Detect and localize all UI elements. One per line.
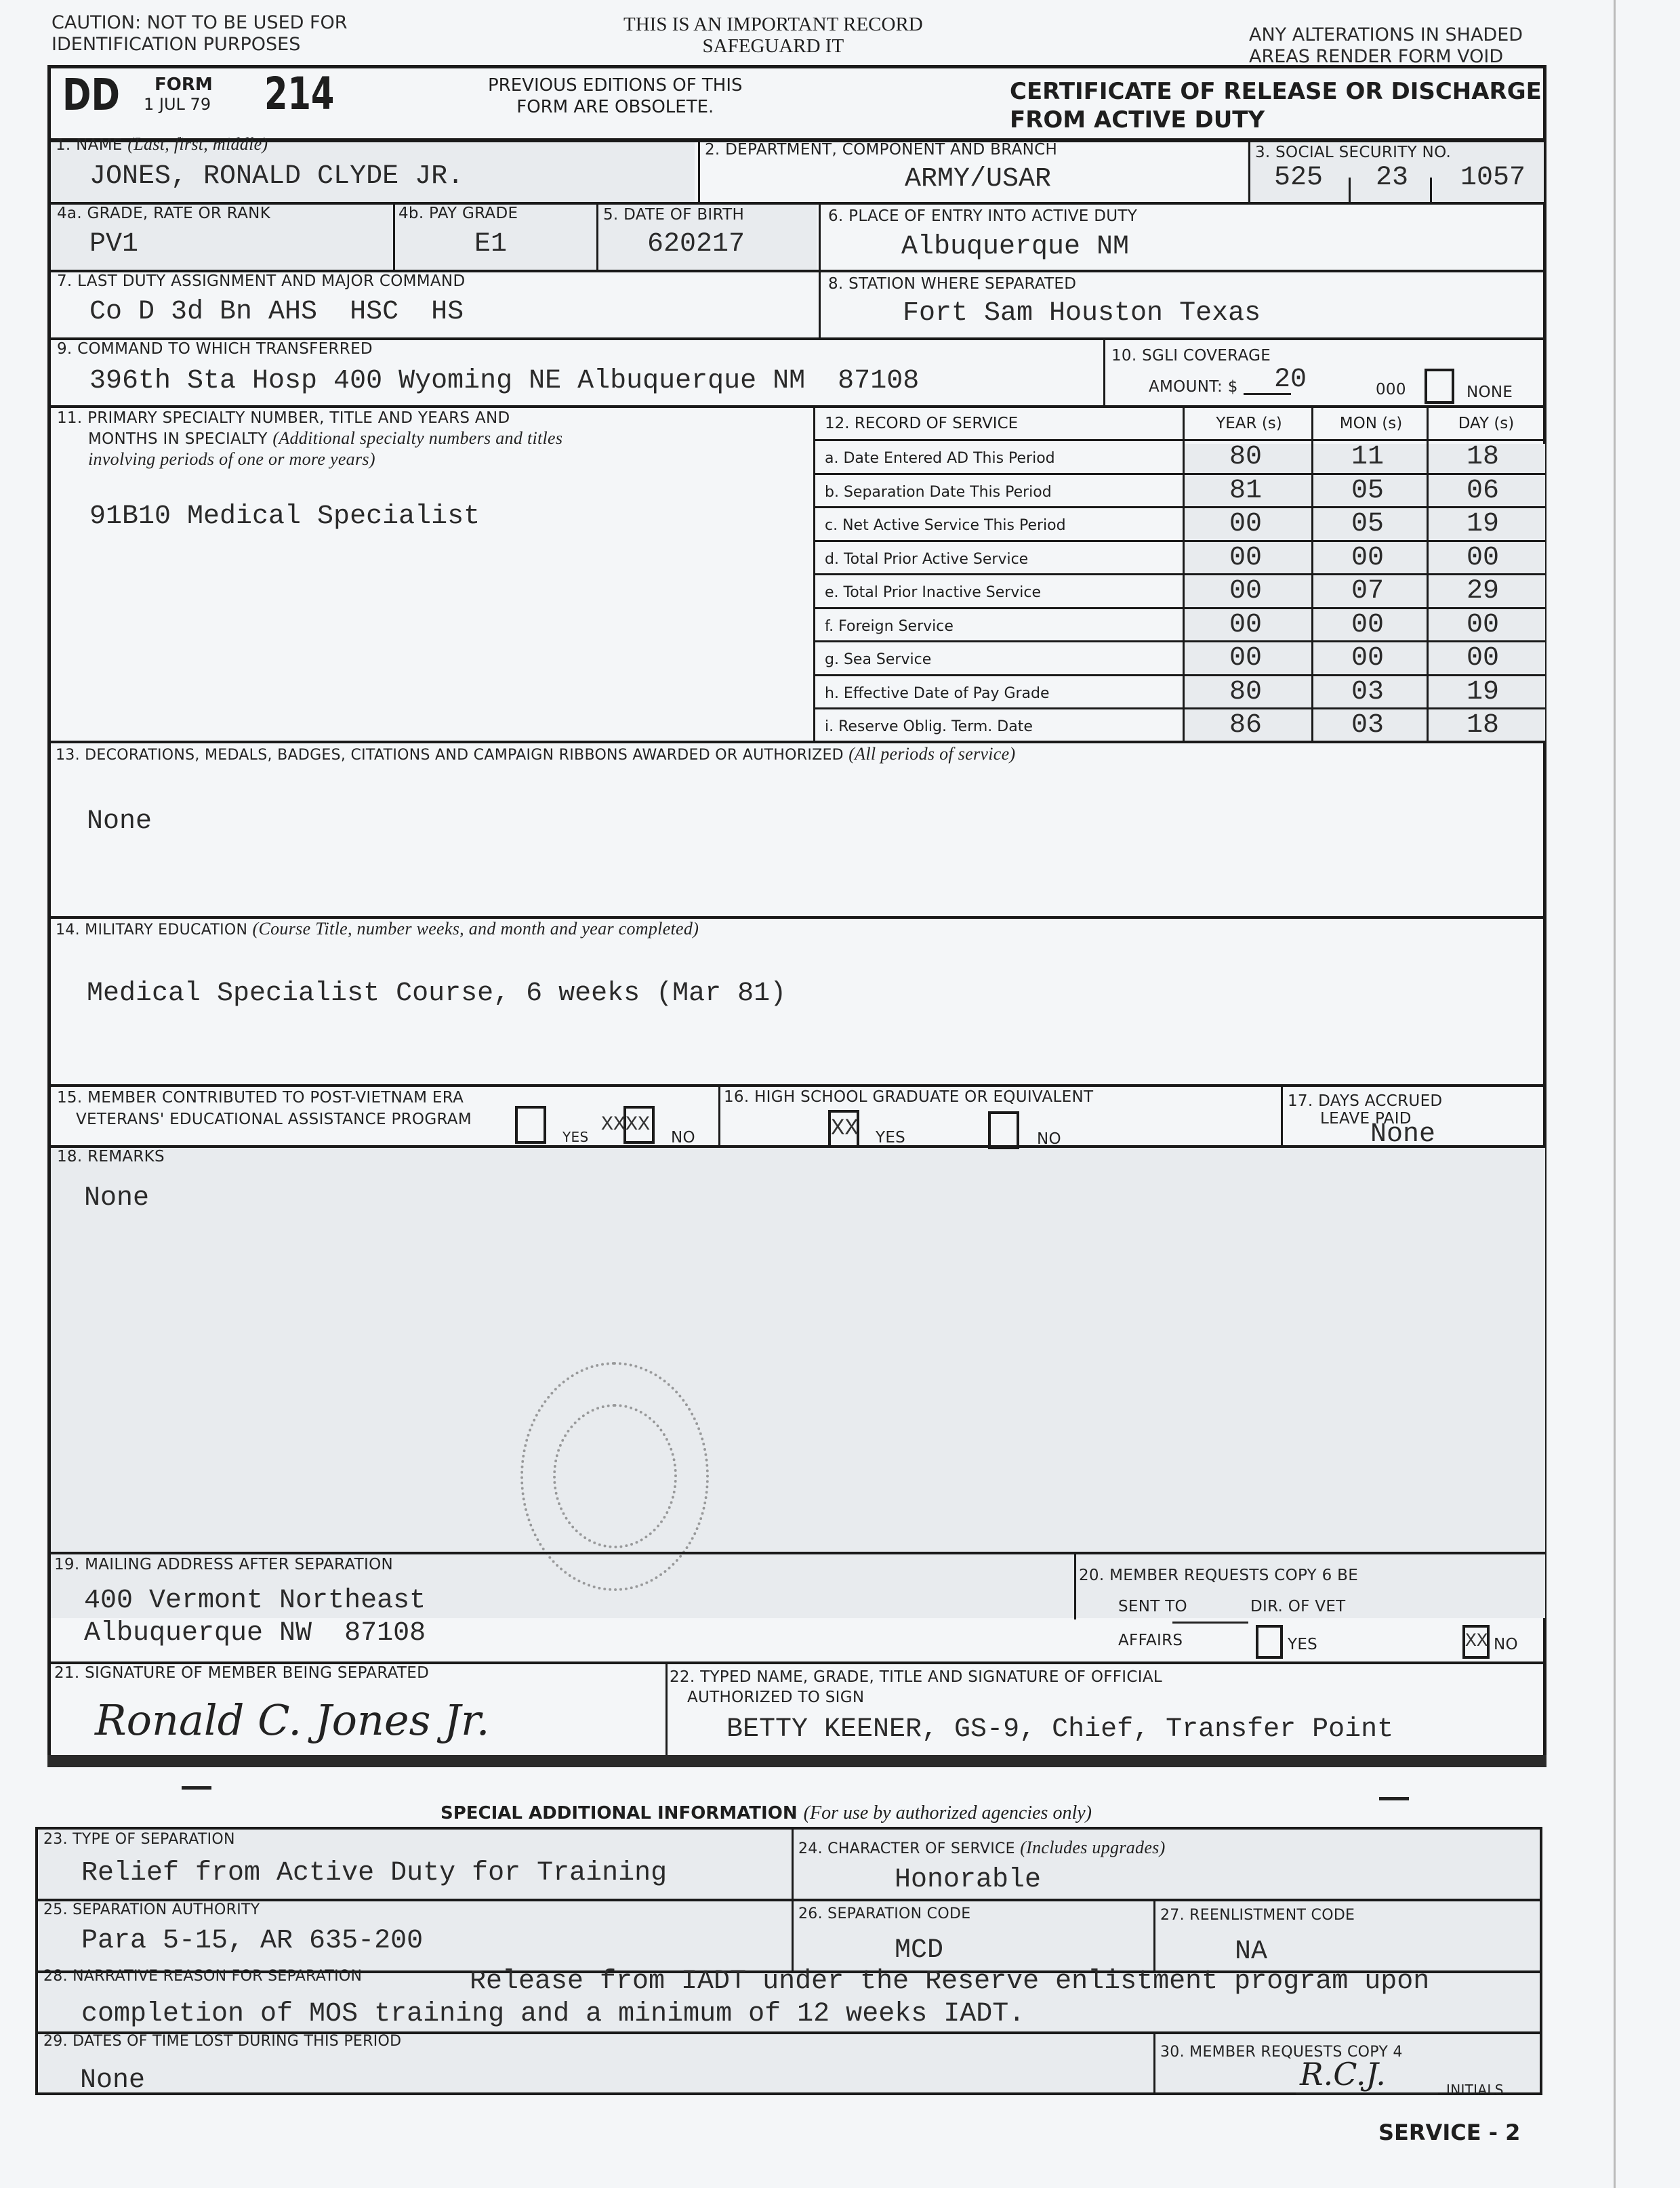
- cell-mon: 00: [1313, 610, 1422, 640]
- f11-label-line-2: MONTHS IN SPECIALTY: [88, 430, 268, 448]
- f24-label: 24. CHARACTER OF SERVICE (Includes upgra…: [798, 1838, 1166, 1858]
- fold-mark: [1379, 1797, 1409, 1800]
- important-line-2: SAFEGUARD IT: [623, 35, 923, 57]
- row-label: d. Total Prior Active Service: [825, 551, 1028, 568]
- col-year-header: YEAR (s): [1185, 415, 1313, 432]
- f24-label-text: 24. CHARACTER OF SERVICE: [798, 1840, 1015, 1857]
- cell-mon: 00: [1313, 643, 1422, 674]
- cell-mon: 05: [1313, 476, 1422, 506]
- record-of-service-table: 12. RECORD OF SERVICE YEAR (s) MON (s) D…: [815, 407, 1545, 742]
- f13-label: 13. DECORATIONS, MEDALS, BADGES, CITATIO…: [56, 744, 1015, 764]
- f14-label-text: 14. MILITARY EDUCATION: [56, 922, 247, 938]
- official-seal-stamp-icon: [520, 1362, 709, 1591]
- divider: [1103, 339, 1105, 405]
- ssn-part-1: 525: [1274, 163, 1323, 193]
- cell-day: 00: [1429, 610, 1537, 640]
- dd-label: DD: [62, 70, 120, 121]
- divider: [1430, 178, 1432, 202]
- mailing-address-line-2: Albuquerque NW 87108: [84, 1618, 426, 1649]
- table-row: a. Date Entered AD This Period801118: [815, 440, 1545, 474]
- f24-hint: (Includes upgrades): [1020, 1838, 1165, 1857]
- f18-label: 18. REMARKS: [57, 1148, 165, 1165]
- f13-label-text: 13. DECORATIONS, MEDALS, BADGES, CITATIO…: [56, 747, 844, 764]
- character-of-service-value: Honorable: [895, 1865, 1041, 1895]
- f20-yes-label: YES: [1288, 1636, 1317, 1653]
- member-initials: R.C.J.: [1300, 2056, 1386, 2092]
- row-label: i. Reserve Oblig. Term. Date: [825, 718, 1033, 735]
- narrative-reason-line-2: completion of MOS training and a minimum…: [81, 1999, 1025, 2029]
- divider: [698, 140, 700, 202]
- f20-label: 20. MEMBER REQUESTS COPY 6 BE: [1079, 1567, 1358, 1584]
- cell-year: 00: [1185, 509, 1307, 539]
- cell-year: 80: [1185, 442, 1307, 472]
- official-name-value: BETTY KEENER, GS-9, Chief, Transfer Poin…: [726, 1714, 1393, 1745]
- f5-label: 5. DATE OF BIRTH: [603, 206, 744, 224]
- f11-label: 11. PRIMARY SPECIALTY NUMBER, TITLE AND …: [57, 408, 562, 470]
- f6-label: 6. PLACE OF ENTRY INTO ACTIVE DUTY: [828, 207, 1137, 225]
- f14-label: 14. MILITARY EDUCATION (Course Title, nu…: [56, 919, 699, 939]
- member-signature: Ronald C. Jones Jr.: [95, 1695, 490, 1745]
- sgli-amount-suffix: 000: [1376, 381, 1406, 398]
- f16-no-checkbox[interactable]: [988, 1111, 1019, 1149]
- cell-year: 80: [1185, 677, 1307, 707]
- table-row: e. Total Prior Inactive Service000729: [815, 575, 1545, 608]
- caution-notice: CAUTION: NOT TO BE USED FOR IDENTIFICATI…: [52, 12, 348, 56]
- cell-mon: 03: [1313, 677, 1422, 707]
- form-title-line-1: CERTIFICATE OF RELEASE OR DISCHARGE: [1010, 77, 1542, 106]
- separation-authority-value: Para 5-15, AR 635-200: [81, 1926, 423, 1956]
- table-row: d. Total Prior Active Service000000: [815, 541, 1545, 575]
- cell-day: 29: [1429, 576, 1537, 606]
- cell-mon: 07: [1313, 576, 1422, 606]
- narrative-reason-line-1: Release from IADT under the Reserve enli…: [470, 1966, 1429, 1997]
- f22-label-line-1: 22. TYPED NAME, GRADE, TITLE AND SIGNATU…: [670, 1667, 1162, 1687]
- cell-day: 00: [1429, 643, 1537, 674]
- ssn-part-2: 23: [1376, 163, 1408, 193]
- initials-underline: [1296, 2092, 1438, 2094]
- f13-hint: (All periods of service): [848, 744, 1015, 764]
- f8-label: 8. STATION WHERE SEPARATED: [828, 275, 1076, 293]
- f1-hint: (Last, first, middle): [127, 134, 268, 154]
- f15-no-label: NO: [671, 1129, 695, 1147]
- f20-sent-to-label: SENT TO: [1118, 1598, 1187, 1615]
- f10-label: 10. SGLI COVERAGE: [1111, 347, 1271, 365]
- military-education-value: Medical Specialist Course, 6 weeks (Mar …: [87, 978, 786, 1009]
- f12-label: 12. RECORD OF SERVICE: [825, 415, 1018, 432]
- f27-label: 27. REENLISTMENT CODE: [1160, 1907, 1355, 1924]
- cell-year: 86: [1185, 710, 1307, 741]
- cell-mon: 03: [1313, 710, 1422, 741]
- cell-day: 00: [1429, 543, 1537, 573]
- divider: [1349, 178, 1351, 202]
- f15-label-line-2: VETERANS' EDUCATIONAL ASSISTANCE PROGRAM: [57, 1109, 472, 1130]
- f16-label: 16. HIGH SCHOOL GRADUATE OR EQUIVALENT: [724, 1088, 1093, 1106]
- cell-day: 18: [1429, 442, 1537, 472]
- f3-label: 3. SOCIAL SECURITY NO.: [1255, 144, 1451, 161]
- f15-yes-checkbox[interactable]: [515, 1106, 546, 1144]
- divider: [1248, 140, 1250, 202]
- f16-yes-checkbox[interactable]: XX: [828, 1110, 859, 1148]
- cell-mon: 00: [1313, 543, 1422, 573]
- cell-year: 00: [1185, 643, 1307, 674]
- cell-mon: 05: [1313, 509, 1422, 539]
- row-label: e. Total Prior Inactive Service: [825, 584, 1041, 601]
- form-title-line-2: FROM ACTIVE DUTY: [1010, 106, 1542, 134]
- cell-mon: 11: [1313, 442, 1422, 472]
- row-label: a. Date Entered AD This Period: [825, 450, 1055, 467]
- f1-label-text: 1. NAME: [56, 136, 123, 154]
- row-label: f. Foreign Service: [825, 618, 954, 635]
- divider: [47, 741, 1546, 743]
- f15-no-checkbox[interactable]: XXXX: [623, 1106, 655, 1144]
- row-label: g. Sea Service: [825, 651, 931, 668]
- f15-label-line-1: 15. MEMBER CONTRIBUTED TO POST-VIETNAM E…: [57, 1087, 472, 1109]
- special-title-text: SPECIAL ADDITIONAL INFORMATION: [441, 1803, 798, 1823]
- divider: [47, 1552, 1546, 1554]
- sgli-amount-value: 20: [1274, 365, 1307, 395]
- caution-line-1: CAUTION: NOT TO BE USED FOR: [52, 12, 348, 34]
- f20-no-label: NO: [1494, 1636, 1518, 1653]
- ssn-part-3: 1057: [1460, 163, 1525, 193]
- alterations-notice: ANY ALTERATIONS IN SHADED AREAS RENDER F…: [1249, 24, 1523, 68]
- table-row: f. Foreign Service000000: [815, 608, 1545, 642]
- f20-underline: [1172, 1622, 1248, 1624]
- table-row: c. Net Active Service This Period000519: [815, 508, 1545, 541]
- last-duty-value: Co D 3d Bn AHS HSC HS: [89, 297, 464, 327]
- f9-label: 9. COMMAND TO WHICH TRANSFERRED: [57, 340, 373, 358]
- divider: [47, 202, 1546, 205]
- f26-label: 26. SEPARATION CODE: [798, 1905, 970, 1922]
- f29-label: 29. DATES OF TIME LOST DURING THIS PERIO…: [43, 2033, 401, 2050]
- sgli-none-label: NONE: [1467, 384, 1513, 401]
- f28-label: 28. NARRATIVE REASON FOR SEPARATION: [43, 1968, 362, 1985]
- separation-type-value: Relief from Active Duty for Training: [81, 1858, 667, 1888]
- f22-label-line-2: AUTHORIZED TO SIGN: [670, 1687, 1162, 1708]
- divider: [718, 1086, 720, 1145]
- divider: [1153, 2033, 1155, 2094]
- caution-line-2: IDENTIFICATION PURPOSES: [52, 34, 348, 56]
- special-hint: (For use by authorized agencies only): [804, 1802, 1092, 1823]
- f19-label: 19. MAILING ADDRESS AFTER SEPARATION: [54, 1556, 393, 1573]
- department-value: ARMY/USAR: [905, 164, 1051, 194]
- f11-hint-line-2: (Additional specialty numbers and titles: [272, 428, 562, 448]
- f15-label: 15. MEMBER CONTRIBUTED TO POST-VIETNAM E…: [57, 1087, 472, 1130]
- cell-year: 00: [1185, 610, 1307, 640]
- important-record-notice: THIS IS AN IMPORTANT RECORD SAFEGUARD IT: [623, 14, 923, 57]
- page-edge: [1614, 0, 1616, 2188]
- grade-value: PV1: [89, 229, 138, 260]
- f20-affairs-label: AFFAIRS: [1118, 1632, 1183, 1649]
- cell-day: 18: [1429, 710, 1537, 741]
- divider: [665, 1663, 668, 1758]
- sgli-amount-label: AMOUNT: $: [1149, 378, 1238, 396]
- form-bottom-bar: [47, 1755, 1546, 1767]
- previous-editions-note: PREVIOUS EDITIONS OF THIS FORM ARE OBSOL…: [488, 75, 743, 118]
- f15-yes-label: YES: [562, 1129, 588, 1145]
- f21-label: 21. SIGNATURE OF MEMBER BEING SEPARATED: [54, 1664, 429, 1682]
- special-info-title: SPECIAL ADDITIONAL INFORMATION (For use …: [441, 1802, 1092, 1824]
- initials-label: INITIALS: [1446, 2082, 1504, 2098]
- copy-designation: SERVICE - 2: [1378, 2120, 1520, 2145]
- divider: [596, 203, 598, 270]
- f16-yes-label: YES: [876, 1129, 905, 1147]
- remarks-value: None: [84, 1183, 149, 1214]
- divider: [1281, 1086, 1283, 1145]
- form-number: 214: [264, 68, 334, 120]
- f4a-label: 4a. GRADE, RATE OR RANK: [57, 205, 270, 222]
- table-row: h. Effective Date of Pay Grade800319: [815, 676, 1545, 709]
- row-label: b. Separation Date This Period: [825, 484, 1052, 501]
- row-label: c. Net Active Service This Period: [825, 517, 1066, 534]
- time-lost-value: None: [80, 2065, 145, 2096]
- f11-label-line-1: 11. PRIMARY SPECIALTY NUMBER, TITLE AND …: [57, 408, 562, 428]
- cell-year: 00: [1185, 576, 1307, 606]
- cell-year: 00: [1185, 543, 1307, 573]
- sgli-none-checkbox[interactable]: [1425, 369, 1454, 404]
- f17-label-line-1: 17. DAYS ACCRUED: [1288, 1092, 1442, 1110]
- cell-day: 19: [1429, 677, 1537, 707]
- f11-hint-line-3: involving periods of one or more years): [88, 449, 375, 469]
- col-mon-header: MON (s): [1313, 415, 1429, 432]
- f25-label: 25. SEPARATION AUTHORITY: [43, 1901, 260, 1918]
- form-date: 1 JUL 79: [144, 95, 211, 114]
- reenlistment-code-value: NA: [1235, 1937, 1267, 1967]
- divider: [393, 203, 395, 270]
- decorations-value: None: [87, 806, 152, 837]
- divider: [47, 1145, 1546, 1148]
- col-day-header: DAY (s): [1429, 415, 1544, 432]
- form-title: CERTIFICATE OF RELEASE OR DISCHARGE FROM…: [1010, 77, 1542, 134]
- cell-day: 06: [1429, 476, 1537, 506]
- birth-date-value: 620217: [647, 229, 745, 260]
- separation-code-value: MCD: [895, 1935, 943, 1966]
- f23-label: 23. TYPE OF SEPARATION: [43, 1831, 235, 1848]
- cell-year: 81: [1185, 476, 1307, 506]
- fold-mark: [182, 1786, 211, 1790]
- f14-hint: (Course Title, number weeks, and month a…: [253, 919, 699, 938]
- f1-label: 1. NAME (Last, first, middle): [56, 134, 268, 154]
- name-value: JONES, RONALD CLYDE JR.: [89, 161, 464, 192]
- shaded-area-remarks: [51, 1145, 1545, 1552]
- f20-dir-of-vet-label: DIR. OF VET: [1250, 1598, 1346, 1615]
- table-row: b. Separation Date This Period810506: [815, 474, 1545, 508]
- mailing-address-line-1: 400 Vermont Northeast: [84, 1586, 426, 1616]
- station-value: Fort Sam Houston Texas: [903, 298, 1261, 329]
- previous-editions-line-2: FORM ARE OBSOLETE.: [488, 96, 743, 118]
- f2-label: 2. DEPARTMENT, COMPONENT AND BRANCH: [705, 141, 1057, 159]
- row-label: h. Effective Date of Pay Grade: [825, 685, 1050, 702]
- form-word: FORM: [155, 75, 213, 95]
- divider: [1153, 1900, 1155, 1972]
- previous-editions-line-1: PREVIOUS EDITIONS OF THIS: [488, 75, 743, 96]
- entry-place-value: Albuquerque NM: [901, 232, 1129, 262]
- table-row: i. Reserve Oblig. Term. Date860318: [815, 709, 1545, 743]
- command-transferred-value: 396th Sta Hosp 400 Wyoming NE Albuquerqu…: [89, 366, 919, 396]
- divider: [35, 1899, 1542, 1901]
- f4b-label: 4b. PAY GRADE: [398, 205, 518, 222]
- f22-label: 22. TYPED NAME, GRADE, TITLE AND SIGNATU…: [670, 1667, 1162, 1708]
- f20-no-checkbox[interactable]: XX: [1462, 1625, 1490, 1659]
- f7-label: 7. LAST DUTY ASSIGNMENT AND MAJOR COMMAN…: [57, 272, 465, 290]
- table-row: g. Sea Service000000: [815, 642, 1545, 676]
- important-line-1: THIS IS AN IMPORTANT RECORD: [623, 14, 923, 35]
- specialty-value: 91B10 Medical Specialist: [89, 501, 480, 532]
- cell-day: 19: [1429, 509, 1537, 539]
- alterations-line-1: ANY ALTERATIONS IN SHADED: [1249, 24, 1523, 46]
- f20-yes-checkbox[interactable]: [1256, 1625, 1283, 1659]
- divider: [1074, 1553, 1076, 1619]
- pay-grade-value: E1: [474, 229, 507, 260]
